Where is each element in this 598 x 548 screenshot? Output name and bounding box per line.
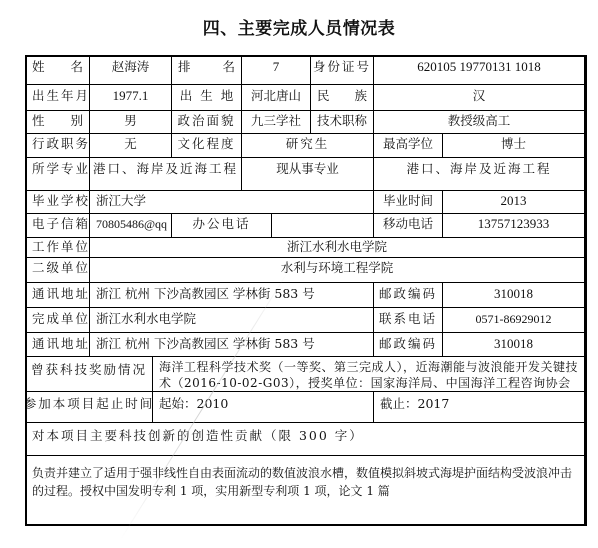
grad-time-value: 2013 [443, 191, 585, 214]
name-label-char1: 姓 [32, 60, 45, 74]
employer-label: 工作单位 [26, 238, 90, 258]
mobile-label: 移动电话 [374, 214, 443, 238]
gender-value: 男 [90, 111, 172, 134]
id-label: 身份证号 [311, 56, 374, 85]
major-label: 所学专业 [26, 158, 90, 191]
degree-label: 最高学位 [374, 134, 443, 158]
page-title: 四、主要完成人员情况表 [0, 14, 598, 39]
current-major-value: 港口、海岸及近海工程 [374, 158, 585, 191]
contact-phone-label: 联系电话 [374, 308, 443, 333]
sub-unit-value: 水利与环境工程学院 [90, 258, 585, 283]
admin-value: 无 [90, 134, 172, 158]
birth-label: 出生年月 [26, 85, 90, 111]
admin-label: 行政职务 [26, 134, 90, 158]
degree-value: 博士 [443, 134, 585, 158]
contribution-label: 对本项目主要科技创新的创造性贡献（限 300 字） [26, 423, 585, 456]
major-value: 港口、海岸及近海工程 [90, 158, 242, 191]
gender-label-char2: 别 [70, 114, 83, 128]
rank-label: 排名 [172, 56, 242, 85]
address-value: 浙江 杭州 下沙高教园区 学林街 583 号 [90, 283, 374, 308]
awards-label: 曾获科技奖励情况 [26, 357, 153, 392]
email-value: 70805486@qq [90, 214, 172, 238]
office-phone-label: 办公电话 [172, 214, 272, 238]
awards-value: 海洋工程科学技术奖（一等奖、第三完成人），近海潮能与波浪能开发关键技术（2016… [153, 357, 585, 392]
period-start: 起始：2010 [153, 392, 374, 423]
title-label: 技术职称 [311, 111, 374, 134]
name-label-char2: 名 [70, 60, 83, 74]
address-label: 通讯地址 [26, 283, 90, 308]
birthplace-label: 出 生 地 [172, 85, 242, 111]
period-end: 截止：2017 [374, 392, 585, 423]
completion-unit-label: 完成单位 [26, 308, 90, 333]
address2-value: 浙江 杭州 下沙高教园区 学林街 583 号 [90, 333, 374, 357]
school-value: 浙江大学 [90, 191, 374, 214]
political-label: 政治面貌 [172, 111, 242, 134]
employer-value: 浙江水利水电学院 [90, 238, 585, 258]
postcode2-label: 邮政编码 [374, 333, 443, 357]
postcode-label: 邮政编码 [374, 283, 443, 308]
school-label: 毕业学校 [26, 191, 90, 214]
postcode-value: 310018 [443, 283, 585, 308]
period-label: 参加本项目起止时间 [26, 392, 153, 423]
birth-value: 1977.1 [90, 85, 172, 111]
rank-label-char1: 排 [178, 60, 191, 74]
office-phone-value [272, 214, 374, 238]
rank-label-char2: 名 [222, 60, 235, 74]
title-value: 教授级高工 [374, 111, 585, 134]
name-label: 姓名 [26, 56, 90, 85]
rank-value: 7 [242, 56, 311, 85]
ethnicity-label-char1: 民 [317, 89, 330, 103]
completion-unit-value: 浙江水利水电学院 [90, 308, 374, 333]
birthplace-value: 河北唐山 [242, 85, 311, 111]
mobile-value: 13757123933 [443, 214, 585, 238]
gender-label-char1: 性 [32, 114, 45, 128]
political-value: 九三学社 [242, 111, 311, 134]
ethnicity-label: 民族 [311, 85, 374, 111]
email-label: 电子信箱 [26, 214, 90, 238]
education-label: 文化程度 [172, 134, 242, 158]
id-value: 620105 19770131 1018 [374, 56, 585, 85]
education-value: 研究生 [242, 134, 374, 158]
contribution-value: 负责并建立了适用于强非线性自由表面流动的数值波浪水槽，数值模拟斜坡式海堤护面结构… [26, 456, 585, 525]
address2-label: 通讯地址 [26, 333, 90, 357]
ethnicity-value: 汉 [374, 85, 585, 111]
current-major-label: 现从事专业 [242, 158, 374, 191]
contact-phone-value: 0571-86929012 [443, 308, 585, 333]
postcode2-value: 310018 [443, 333, 585, 357]
sub-unit-label: 二级单位 [26, 258, 90, 283]
gender-label: 性别 [26, 111, 90, 134]
ethnicity-label-char2: 族 [354, 89, 367, 103]
name-value: 赵海涛 [90, 56, 172, 85]
grad-time-label: 毕业时间 [374, 191, 443, 214]
